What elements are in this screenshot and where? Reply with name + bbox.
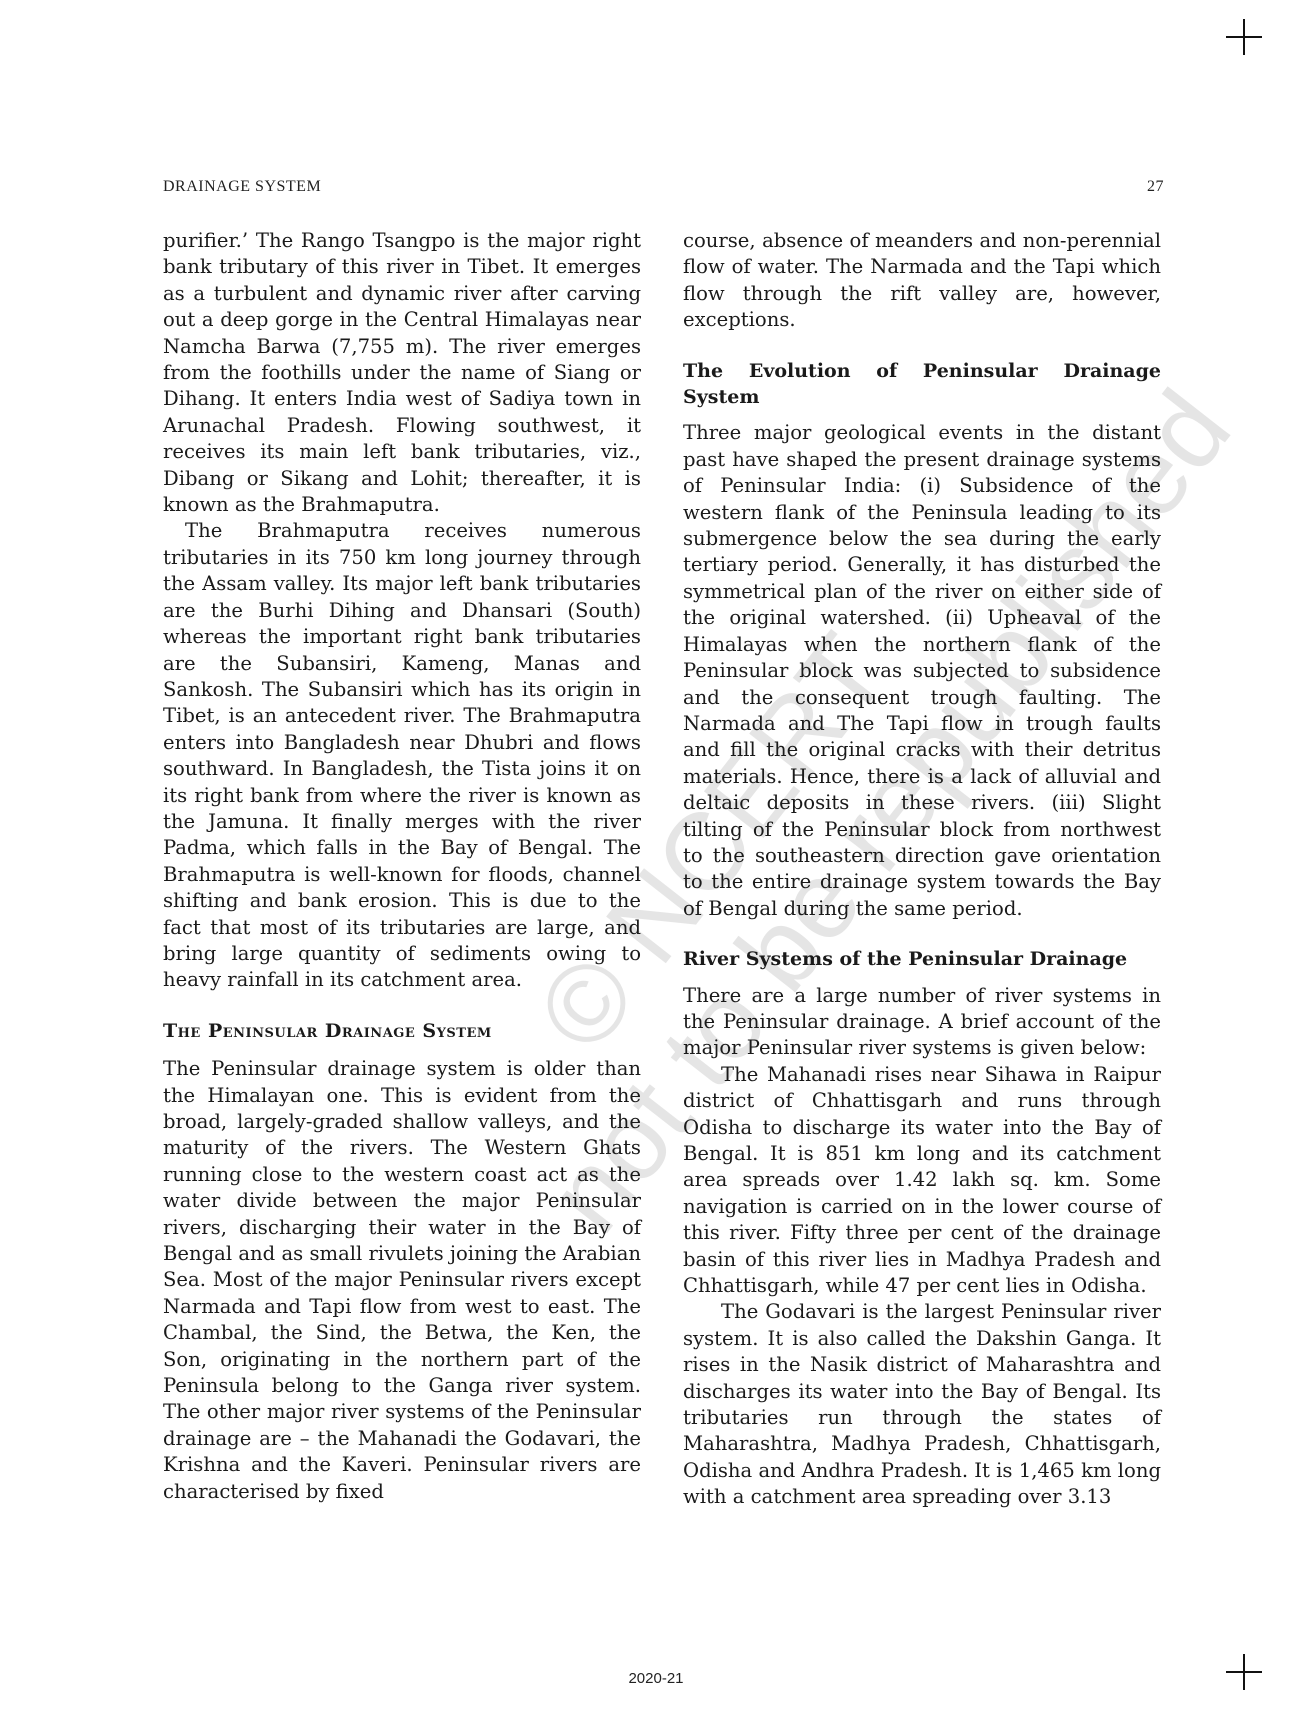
subsection-heading: The Evolution of Peninsular Drainage Sys… <box>683 358 1161 411</box>
paragraph: The Peninsular drainage system is older … <box>163 1056 641 1505</box>
subsection-heading: River Systems of the Peninsular Drainage <box>683 946 1161 972</box>
paragraph: Three major geological events in the dis… <box>683 420 1161 922</box>
paragraph: The Brahmaputra receives numerous tribut… <box>163 518 641 993</box>
right-column: course, absence of meanders and non-pere… <box>683 228 1161 1511</box>
paragraph: purifier.’ The Rango Tsangpo is the majo… <box>163 228 641 518</box>
running-header: DRAINAGE SYSTEM 27 <box>163 178 1164 196</box>
paragraph: course, absence of meanders and non-pere… <box>683 228 1161 334</box>
page-number: 27 <box>1147 178 1164 196</box>
paragraph: The Mahanadi rises near Sihawa in Raipur… <box>683 1062 1161 1300</box>
paragraph: There are a large number of river system… <box>683 983 1161 1062</box>
footer-year: 2020-21 <box>0 1670 1312 1687</box>
paragraph: The Godavari is the largest Peninsular r… <box>683 1299 1161 1510</box>
left-column: purifier.’ The Rango Tsangpo is the majo… <box>163 228 641 1505</box>
chapter-title: DRAINAGE SYSTEM <box>163 178 321 196</box>
section-heading: The Peninsular Drainage System <box>163 1018 641 1044</box>
crop-mark-top-right-icon <box>1226 19 1262 55</box>
